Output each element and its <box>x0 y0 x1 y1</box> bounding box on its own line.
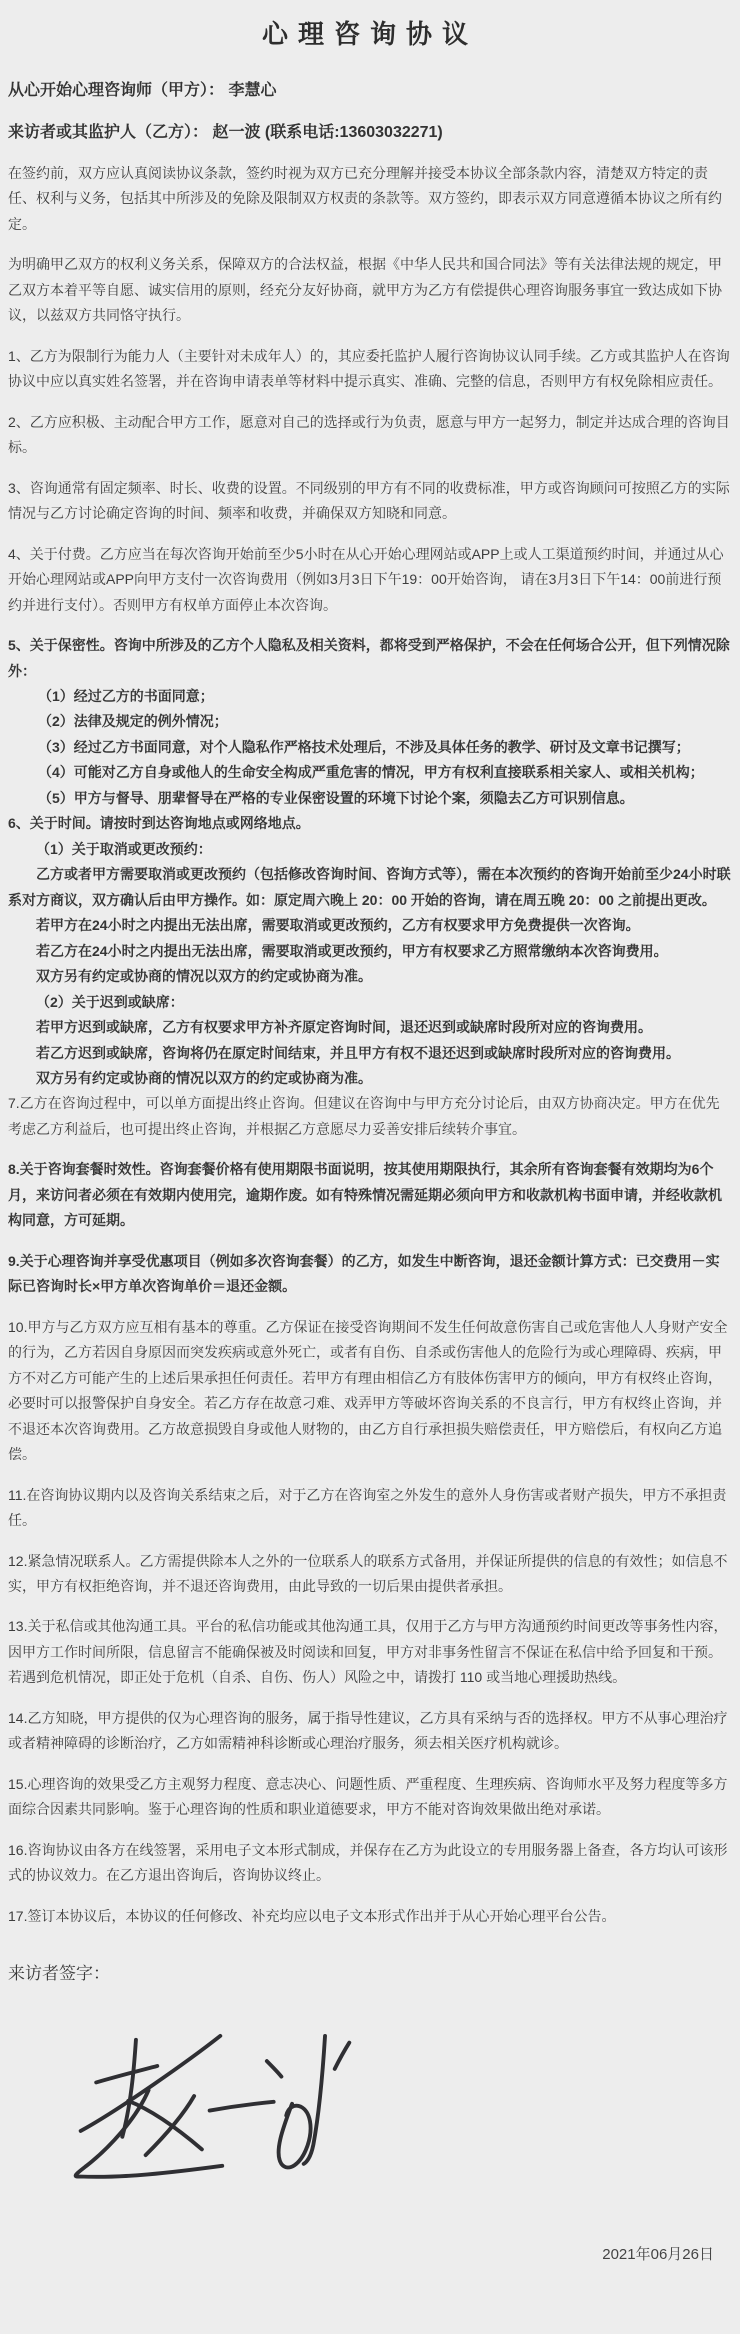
clause-13: 13.关于私信或其他沟通工具。平台的私信功能或其他沟通工具，仅用于乙方与甲方沟通… <box>8 1614 732 1690</box>
clause-4: 4、关于付费。乙方应当在每次咨询开始前至少5小时在从心开始心理网站或APP上或人… <box>8 542 732 618</box>
clause-6-sub2-p3: 双方另有约定或协商的情况以双方的约定或协商为准。 <box>8 1066 732 1091</box>
visitor-signature-handwriting <box>38 2010 358 2215</box>
clause-6-sub2-head: （2）关于迟到或缺席： <box>8 990 732 1015</box>
clause-6-sub2-p1: 若甲方迟到或缺席，乙方有权要求甲方补齐原定咨询时间，退还迟到或缺席时段所对应的咨… <box>8 1015 732 1040</box>
clause-14: 14.乙方知晓，甲方提供的仅为心理咨询的服务，属于指导性建议，乙方具有采纳与否的… <box>8 1706 732 1757</box>
clause-5-head: 5、关于保密性。咨询中所涉及的乙方个人隐私及相关资料，都将受到严格保护，不会在任… <box>8 633 732 684</box>
intro-paragraph-1: 在签约前，双方应认真阅读协议条款，签约时视为双方已充分理解并接受本协议全部条款内… <box>8 161 732 237</box>
clause-8: 8.关于咨询套餐时效性。咨询套餐价格有使用期限书面说明，按其使用期限执行，其余所… <box>8 1157 732 1233</box>
clause-1: 1、乙方为限制行为能力人（主要针对未成年人）的，其应委托监护人履行咨询协议认同手… <box>8 344 732 395</box>
clause-5-item-4: （4）可能对乙方自身或他人的生命安全构成严重危害的情况，甲方有权利直接联系相关家… <box>8 760 732 785</box>
party-a-line: 从心开始心理咨询师（甲方）： 李慧心 <box>8 77 732 100</box>
clause-11: 11.在咨询协议期内以及咨询关系结束之后，对于乙方在咨询室之外发生的意外人身伤害… <box>8 1483 732 1534</box>
clause-6-sub1-p2: 若甲方在24小时之内提出无法出席，需要取消或更改预约，乙方有权要求甲方免费提供一… <box>8 913 732 938</box>
clause-6-sub1-p4: 双方另有约定或协商的情况以双方的约定或协商为准。 <box>8 964 732 989</box>
clause-5-item-5: （5）甲方与督导、朋辈督导在严格的专业保密设置的环境下讨论个案，须隐去乙方可识别… <box>8 786 732 811</box>
clause-6-sub1-head: （1）关于取消或更改预约： <box>8 837 732 862</box>
clause-17: 17.签订本协议后，本协议的任何修改、补充均应以电子文本形式作出并于从心开始心理… <box>8 1904 732 1929</box>
clause-7: 7.乙方在咨询过程中，可以单方面提出终止咨询。但建议在咨询中与甲方充分讨论后，由… <box>8 1091 732 1142</box>
clause-6-sub1-p1: 乙方或者甲方需要取消或更改预约（包括修改咨询时间、咨询方式等），需在本次预约的咨… <box>8 862 732 913</box>
clause-5-item-3: （3）经过乙方书面同意，对个人隐私作严格技术处理后，不涉及具体任务的教学、研讨及… <box>8 735 732 760</box>
clause-6-sub1-p3: 若乙方在24小时之内提出无法出席，需要取消或更改预约，甲方有权要求乙方照常缴纳本… <box>8 939 732 964</box>
clause-6-head: 6、关于时间。请按时到达咨询地点或网络地点。 <box>8 811 732 836</box>
clause-12: 12.紧急情况联系人。乙方需提供除本人之外的一位联系人的联系方式备用，并保证所提… <box>8 1549 732 1600</box>
clause-5: 5、关于保密性。咨询中所涉及的乙方个人隐私及相关资料，都将受到严格保护，不会在任… <box>8 633 732 811</box>
visitor-signature-label: 来访者签字： <box>8 1959 732 1984</box>
clause-6-sub2-p2: 若乙方迟到或缺席，咨询将仍在原定时间结束，并且甲方有权不退还迟到或缺席时段所对应… <box>8 1041 732 1066</box>
signature-date: 2021年06月26日 <box>8 2215 732 2334</box>
clause-5-item-1: （1）经过乙方的书面同意； <box>8 684 732 709</box>
clause-3: 3、咨询通常有固定频率、时长、收费的设置。不同级别的甲方有不同的收费标准，甲方或… <box>8 476 732 527</box>
page-title: 心理咨询协议 <box>8 14 732 51</box>
intro-paragraph-2: 为明确甲乙双方的权利义务关系，保障双方的合法权益，根据《中华人民共和国合同法》等… <box>8 252 732 328</box>
clause-16: 16.咨询协议由各方在线签署，采用电子文本形式制成，并保存在乙方为此设立的专用服… <box>8 1838 732 1889</box>
clause-5-item-2: （2）法律及规定的例外情况； <box>8 709 732 734</box>
clause-10: 10.甲方与乙方双方应互相有基本的尊重。乙方保证在接受咨询期间不发生任何故意伤害… <box>8 1315 732 1468</box>
clause-2: 2、乙方应积极、主动配合甲方工作，愿意对自己的选择或行为负责，愿意与甲方一起努力… <box>8 410 732 461</box>
party-b-line: 来访者或其监护人（乙方）： 赵一波 (联系电话:13603032271) <box>8 119 732 142</box>
clause-6: 6、关于时间。请按时到达咨询地点或网络地点。 （1）关于取消或更改预约： 乙方或… <box>8 811 732 1091</box>
clause-9: 9.关于心理咨询并享受优惠项目（例如多次咨询套餐）的乙方，如发生中断咨询，退还金… <box>8 1249 732 1300</box>
signature-svg <box>38 2010 358 2215</box>
agreement-document: 心理咨询协议 从心开始心理咨询师（甲方）： 李慧心 来访者或其监护人（乙方）： … <box>0 0 740 2334</box>
clause-15: 15.心理咨询的效果受乙方主观努力程度、意志决心、问题性质、严重程度、生理疾病、… <box>8 1772 732 1823</box>
